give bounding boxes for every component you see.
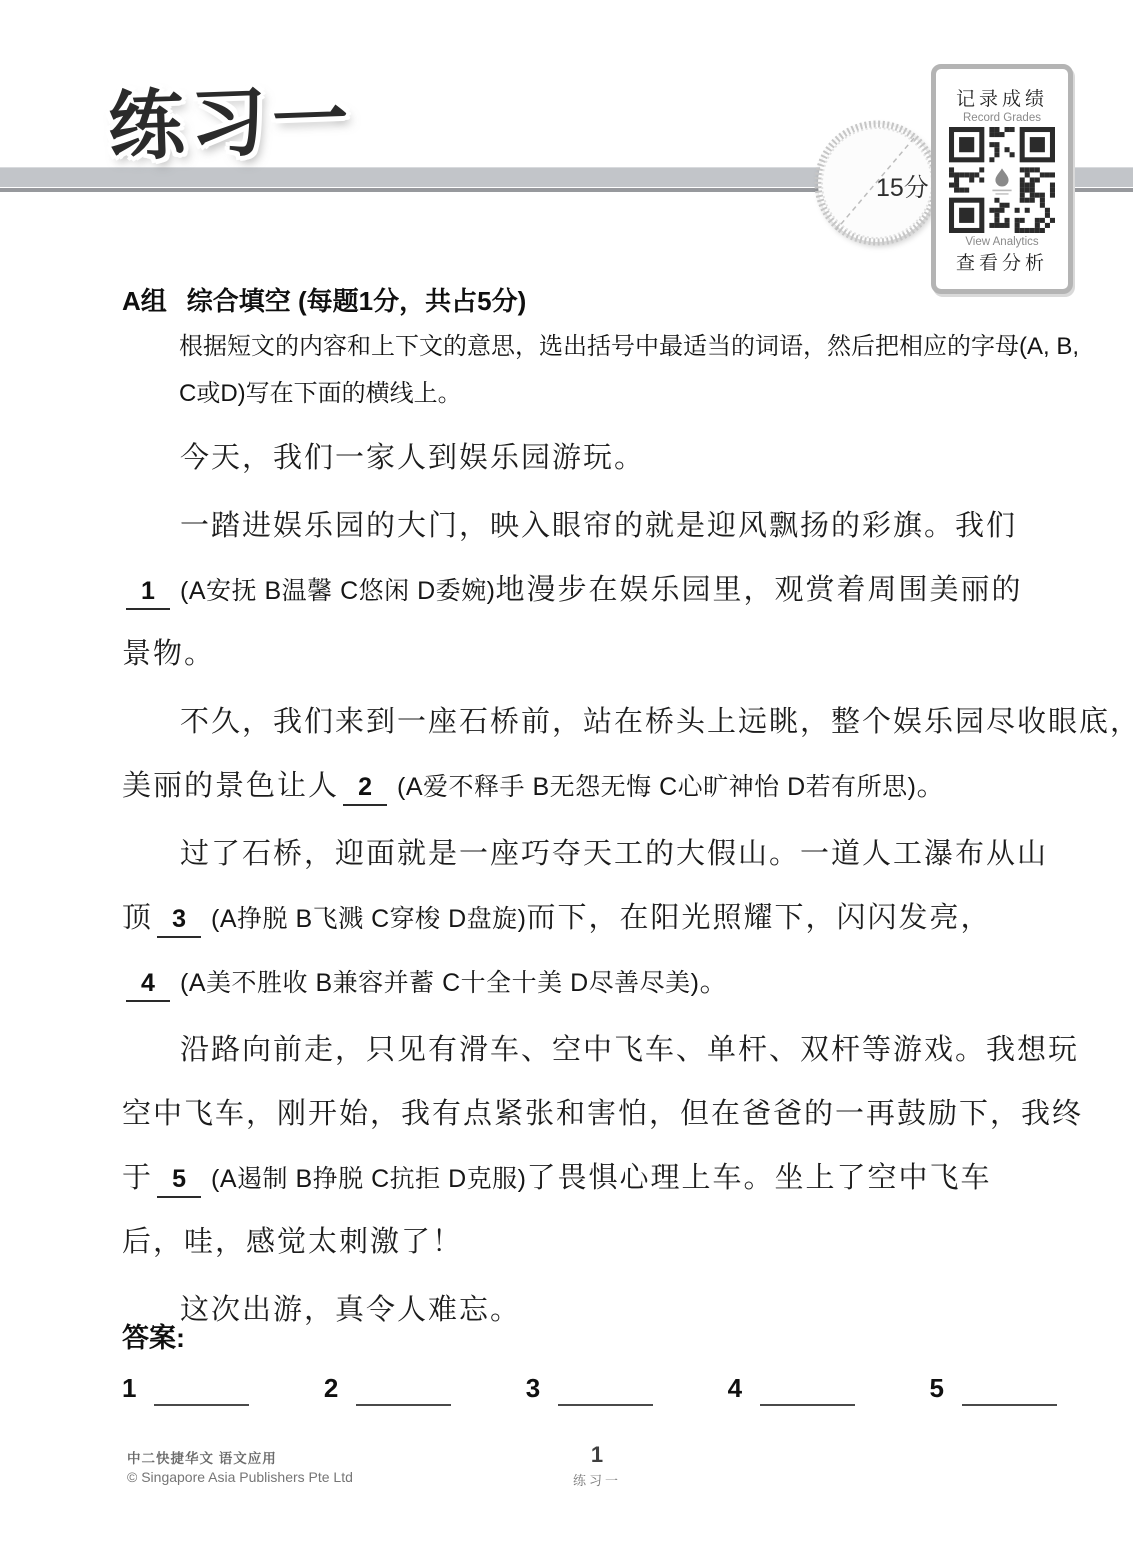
page-title: 练习一 [106, 58, 356, 176]
passage-text: 景物。 [122, 636, 215, 670]
passage-line: 沿路向前走，只见有滑车、空中飞车、单杆、双杆等游戏。我想玩 [122, 1020, 1022, 1084]
worksheet-page: { "page": { "title": "练习一", "page_number… [0, 0, 1133, 1551]
qr-code [949, 127, 1055, 233]
qr-title-en: Record Grades [963, 112, 1041, 124]
answer-slot-5: 5 [930, 1370, 1057, 1406]
page-footer-label: 练习一 [0, 1470, 1133, 1489]
instructions-line-2: C或D)写在下面的横线上。 [179, 370, 1089, 417]
passage-line: 4(A美不胜收 B兼容并蓄 C十全十美 D尽善尽美)。 [122, 952, 1022, 1016]
answer-number: 5 [930, 1370, 944, 1406]
section-heading-text: 综合填空 (每题1分，共占5分) [187, 286, 526, 316]
answer-slot-3: 3 [526, 1370, 653, 1406]
answer-number: 1 [122, 1370, 136, 1406]
passage-text: 不久，我们来到一座石桥前，站在桥头上远眺，整个娱乐园尽收眼底， [180, 704, 1133, 738]
qr-footer-en: View Analytics [965, 236, 1038, 248]
qr-title-zh: 记录成绩 [956, 84, 1048, 111]
answer-blank-line [356, 1370, 451, 1406]
passage-text: 顶 [122, 900, 153, 934]
passage-line: 美丽的景色让人2(A爱不释手 B无怨无悔 C心旷神怡 D若有所思)。 [122, 756, 1022, 820]
passage-line: 后，哇，感觉太刺激了！ [122, 1212, 1022, 1276]
passage-line: 1(A安抚 B温馨 C悠闲 D委婉)地漫步在娱乐园里，观赏着周围美丽的 [122, 560, 1022, 624]
answer-slot-4: 4 [728, 1370, 855, 1406]
passage-line: 于5(A遏制 B挣脱 C抗拒 D克服)了畏惧心理上车。坐上了空中飞车 [122, 1148, 1022, 1212]
passage-text: 而下，在阳光照耀下，闪闪发亮， [526, 900, 991, 934]
instructions-line-1: 根据短文的内容和上下文的意思，选出括号中最适当的词语，然后把相应的字母(A, B… [179, 323, 1089, 370]
cloze-blank-4: 4 [126, 966, 170, 1002]
passage-text: 。 [699, 964, 730, 998]
cloze-blank-1: 1 [126, 574, 170, 610]
passage-text: 了畏惧心理上车。坐上了空中飞车 [526, 1160, 991, 1194]
passage-line: 不久，我们来到一座石桥前，站在桥头上远眺，整个娱乐园尽收眼底， [122, 692, 1022, 756]
passage-line: 今天，我们一家人到娱乐园游玩。 [122, 428, 1022, 492]
cloze-passage: 今天，我们一家人到娱乐园游玩。一踏进娱乐园的大门，映入眼帘的就是迎风飘扬的彩旗。… [122, 428, 1022, 1344]
passage-text: 美丽的景色让人 [122, 768, 339, 802]
answer-blank-line [760, 1370, 855, 1406]
passage-line: 空中飞车，刚开始，我有点紧张和害怕，但在爸爸的一再鼓励下，我终 [122, 1084, 1022, 1148]
passage-text: 空中飞车，刚开始，我有点紧张和害怕，但在爸爸的一再鼓励下，我终 [122, 1096, 1083, 1130]
option-choices: (A安抚 B温馨 C悠闲 D委婉) [180, 577, 495, 605]
answers-label: 答案: [122, 1316, 185, 1355]
passage-text: 今天，我们一家人到娱乐园游玩。 [180, 440, 645, 474]
passage-line: 景物。 [122, 624, 1022, 688]
qr-footer-zh: 查看分析 [956, 248, 1048, 275]
passage-text: 沿路向前走，只见有滑车、空中飞车、单杆、双杆等游戏。我想玩 [180, 1032, 1079, 1066]
passage-text: 。 [916, 768, 947, 802]
passage-line: 顶3(A挣脱 B飞溅 C穿梭 D盘旋)而下，在阳光照耀下，闪闪发亮， [122, 888, 1022, 952]
cloze-blank-3: 3 [157, 902, 201, 938]
answer-number: 3 [526, 1370, 540, 1406]
stamp-score-text: 15分 [876, 174, 929, 202]
passage-line: 一踏进娱乐园的大门，映入眼帘的就是迎风飘扬的彩旗。我们 [122, 496, 1022, 560]
answer-blank-line [154, 1370, 249, 1406]
option-choices: (A遏制 B挣脱 C抗拒 D克服) [211, 1165, 526, 1193]
passage-text: 后，哇，感觉太刺激了！ [122, 1224, 463, 1258]
answers-row: 12345 [122, 1370, 1057, 1406]
passage-text: 于 [122, 1160, 153, 1194]
cloze-blank-5: 5 [157, 1162, 201, 1198]
section-group-label: A组 [122, 286, 167, 316]
passage-text: 这次出游，真令人难忘。 [180, 1292, 521, 1326]
answer-number: 4 [728, 1370, 742, 1406]
qr-card: 记录成绩 Record Grades View Analytics 查看分析 [931, 64, 1073, 294]
passage-text: 地漫步在娱乐园里，观赏着周围美丽的 [495, 572, 1022, 606]
passage-line: 这次出游，真令人难忘。 [122, 1280, 1022, 1344]
answer-number: 2 [324, 1370, 338, 1406]
answer-blank-line [558, 1370, 653, 1406]
answer-slot-1: 1 [122, 1370, 249, 1406]
option-choices: (A爱不释手 B无怨无悔 C心旷神怡 D若有所思) [397, 773, 916, 801]
option-choices: (A挣脱 B飞溅 C穿梭 D盘旋) [211, 905, 526, 933]
passage-text: 一踏进娱乐园的大门，映入眼帘的就是迎风飘扬的彩旗。我们 [180, 508, 1017, 542]
passage-text: 过了石桥，迎面就是一座巧夺天工的大假山。一道人工瀑布从山 [180, 836, 1048, 870]
section-heading: A组综合填空 (每题1分，共占5分) [122, 281, 526, 318]
page-number: 1 [0, 1442, 1133, 1468]
section-instructions: 根据短文的内容和上下文的意思，选出括号中最适当的词语，然后把相应的字母(A, B… [179, 323, 1089, 417]
passage-line: 过了石桥，迎面就是一座巧夺天工的大假山。一道人工瀑布从山 [122, 824, 1022, 888]
answer-blank-line [962, 1370, 1057, 1406]
answer-slot-2: 2 [324, 1370, 451, 1406]
footer-center: 1 练习一 [0, 1442, 1133, 1489]
option-choices: (A美不胜收 B兼容并蓄 C十全十美 D尽善尽美) [180, 969, 699, 997]
cloze-blank-2: 2 [343, 770, 387, 806]
score-stamp: 15分 [810, 116, 944, 250]
